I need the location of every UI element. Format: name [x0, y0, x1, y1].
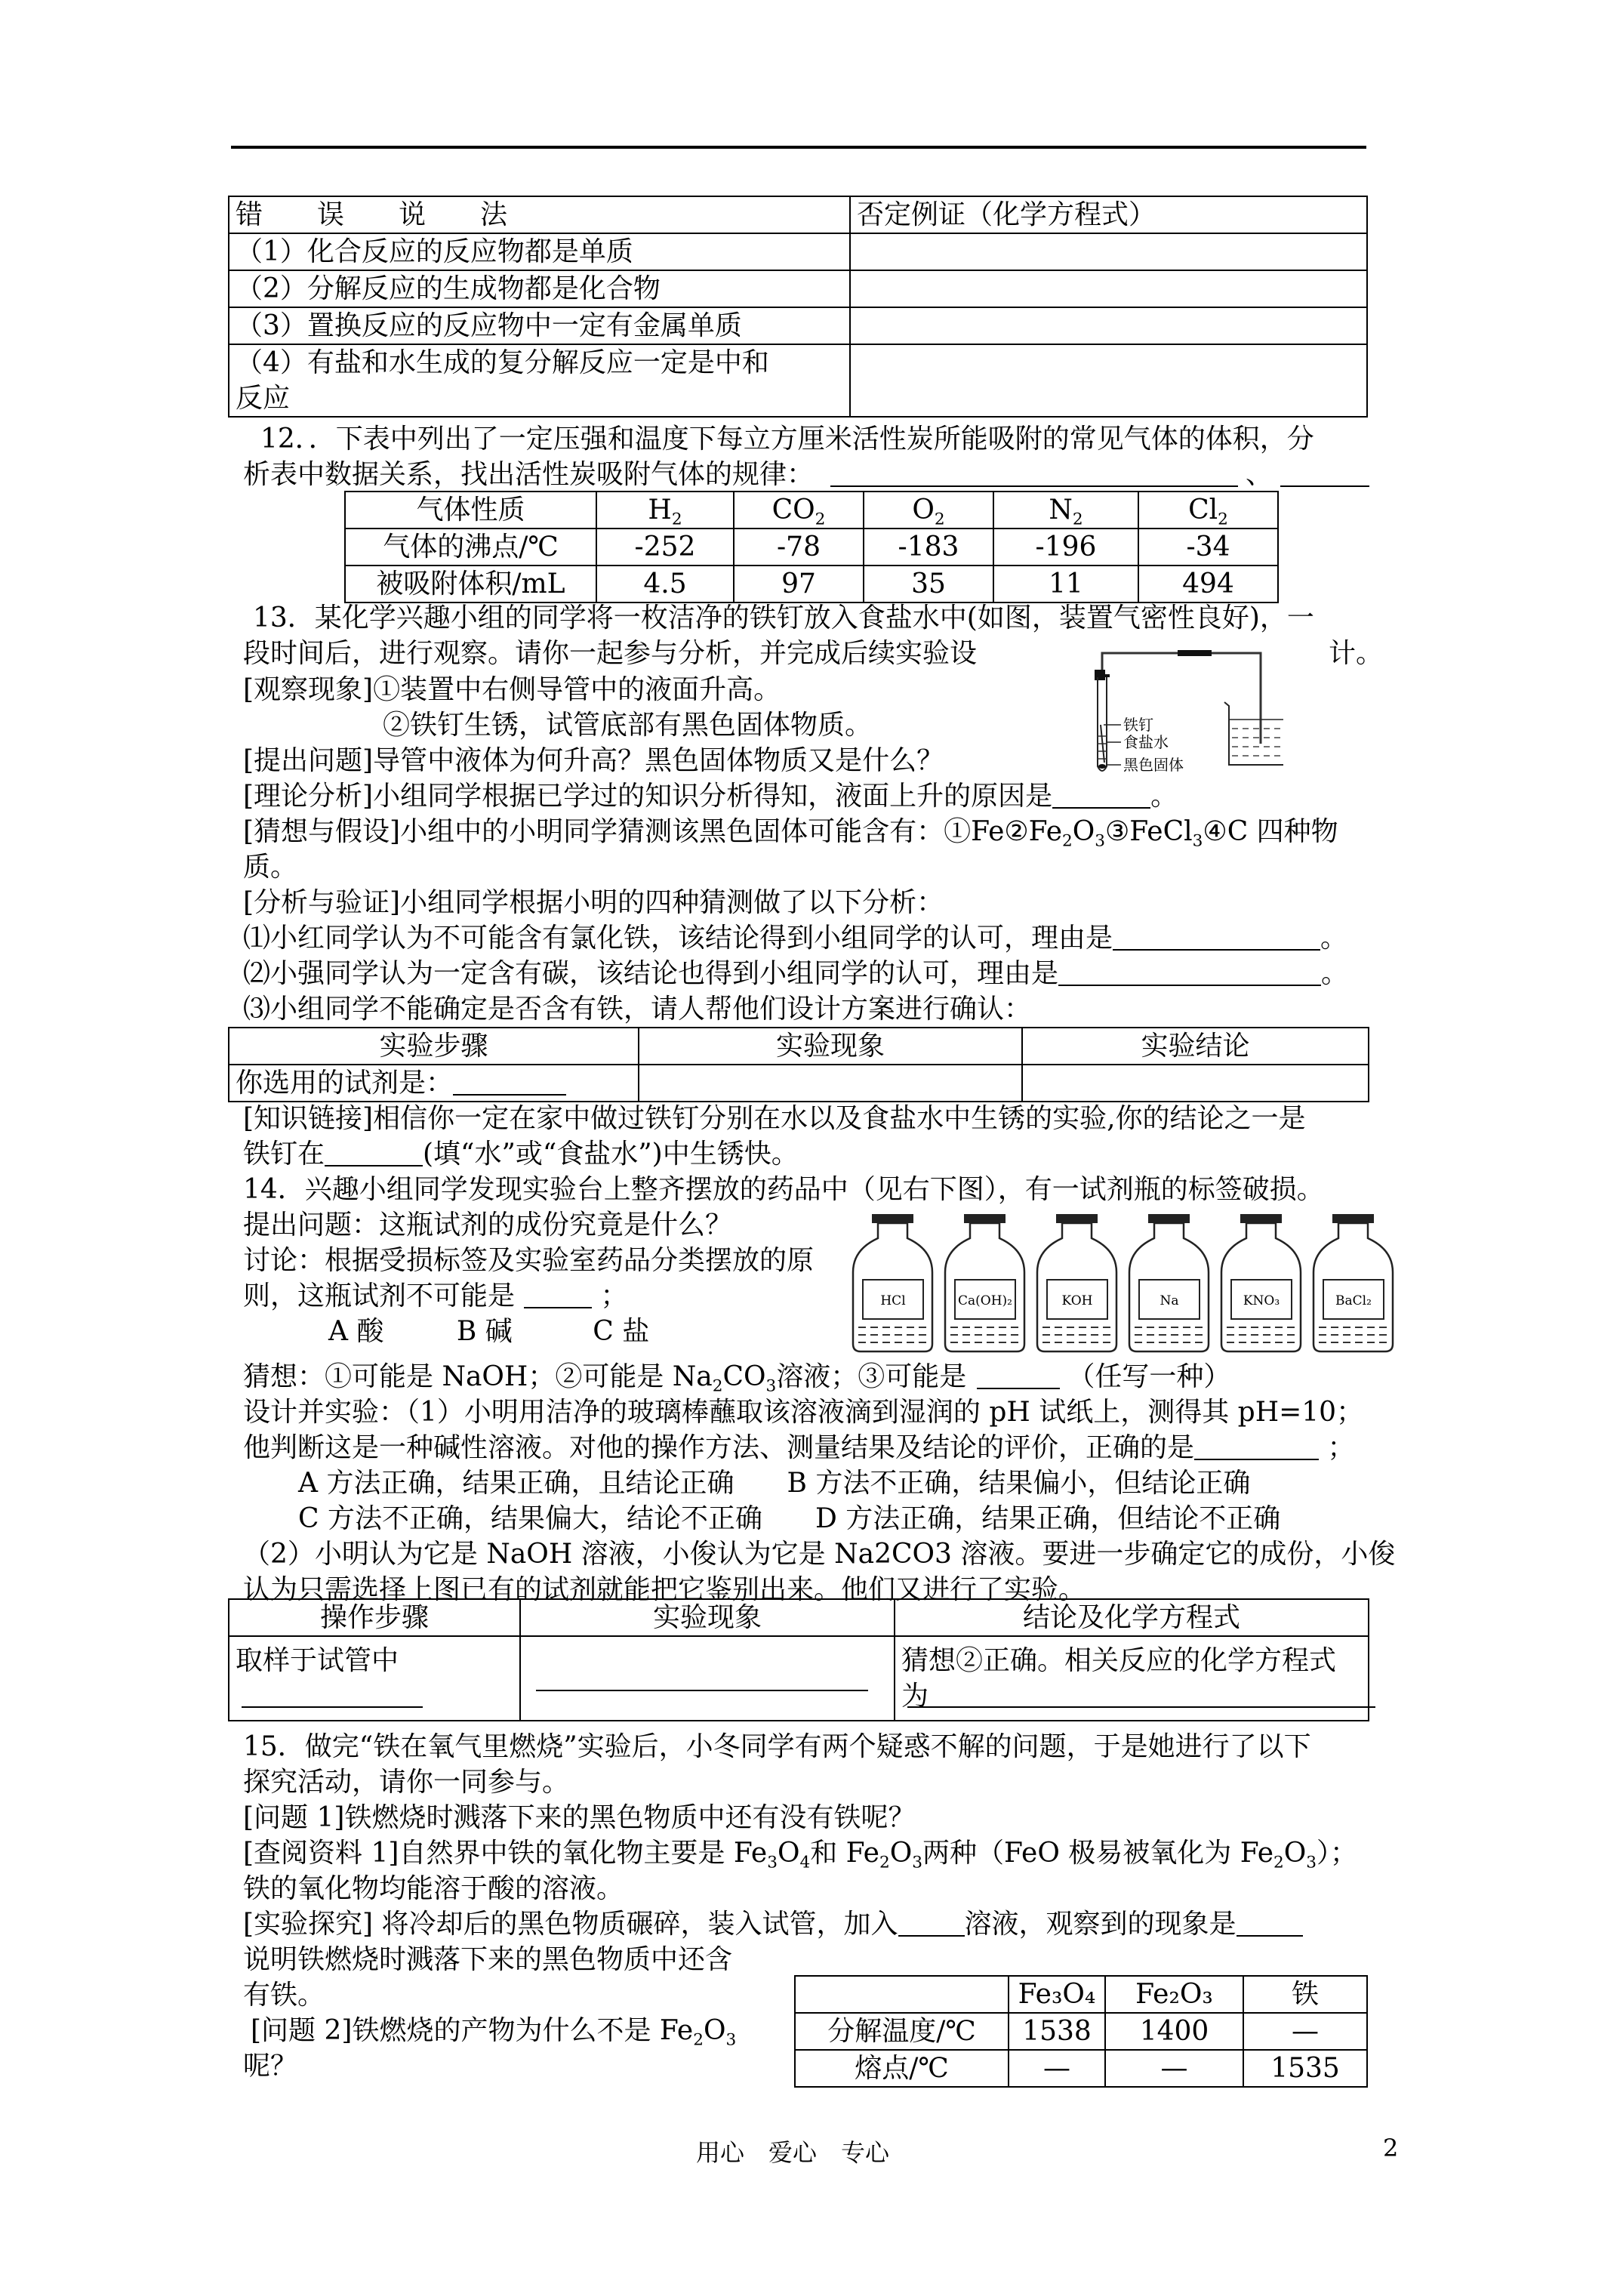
- option-b: B 碱: [457, 1316, 513, 1347]
- table-header: 气体性质: [345, 492, 596, 529]
- answer-blank[interactable]: [524, 1280, 592, 1308]
- answer-cell[interactable]: [1022, 1065, 1369, 1102]
- table-cell: 猜想②正确。相关反应的化学方程式为: [895, 1636, 1369, 1721]
- table-header: 实验步骤: [229, 1028, 639, 1065]
- answer-blank[interactable]: [1052, 780, 1150, 809]
- q14-choice-a[interactable]: A 方法正确，结果正确，且结论正确B 方法不正确，结果偏小，但结论正确: [298, 1465, 1250, 1501]
- row-label: 被吸附体积/mL: [345, 566, 596, 603]
- q13-line2b: 计。: [1329, 636, 1383, 671]
- reagent-bottle: HCl: [853, 1214, 932, 1351]
- svg-text:BaCl₂: BaCl₂: [1335, 1293, 1372, 1308]
- table-header: Fe₂O₃: [1105, 1976, 1243, 2013]
- q12-line1: 12．．下表中列出了一定压强和温度下每立方厘米活性炭所能吸附的常见气体的体积，分: [260, 421, 1314, 457]
- q15-line2: 探究活动，请你一同参与。: [243, 1764, 569, 1800]
- q13-analysis-3: ⑶小组同学不能确定是否含有铁，请人帮他们设计方案进行确认：: [243, 991, 1031, 1027]
- iron-verification-table: 实验步骤 实验现象 实验结论 你选用的试剂是：: [228, 1027, 1369, 1102]
- error-statements-table: 错 误 说 法 否定例证（化学方程式） （1）化合反应的反应物都是单质 （2）分…: [228, 196, 1368, 418]
- answer-blank[interactable]: [1058, 957, 1321, 986]
- answer-cell[interactable]: [850, 270, 1367, 307]
- table-header: 操作步骤: [229, 1599, 520, 1636]
- reagent-bottle: BaCl₂: [1313, 1214, 1393, 1351]
- answer-cell[interactable]: [639, 1065, 1022, 1102]
- reagent-bottle: KOH: [1037, 1214, 1116, 1351]
- q14-discuss2: 则，这瓶试剂不可能是 ；: [243, 1278, 627, 1314]
- q14-line1: 14．兴趣小组同学发现实验台上整齐摆放的药品中（见右下图），有一试剂瓶的标签破损…: [243, 1172, 1324, 1207]
- table-cell: （4）有盐和水生成的复分解反应一定是中和反应: [229, 344, 850, 417]
- table-header: 错 误 说 法: [229, 196, 850, 233]
- answer-blank[interactable]: [242, 1706, 423, 1708]
- page-number: 2: [1383, 2134, 1398, 2162]
- table-cell: （2）分解反应的生成物都是化合物: [229, 270, 850, 307]
- answer-blank[interactable]: [536, 1690, 868, 1691]
- answer-blank[interactable]: [1236, 1908, 1303, 1937]
- answer-cell[interactable]: [850, 233, 1367, 270]
- reagent-bottle: Na: [1129, 1214, 1209, 1351]
- q15-experiment: [实验探究] 将冷却后的黑色物质碾碎，装入试管，加入溶液，观察到的现象是: [243, 1906, 1303, 1942]
- reagent-bottle: Ca(OH)₂: [945, 1214, 1024, 1351]
- q15-experiment-3: 有铁。: [243, 1977, 325, 2013]
- answer-blank[interactable]: [977, 1361, 1060, 1389]
- q14-part2-line1: （2）小明认为它是 NaOH 溶液，小俊认为它是 Na2CO3 溶液。要进一步确…: [243, 1536, 1395, 1572]
- q13-line2a: 段时间后，进行观察。请你一起参与分析，并完成后续实验设: [243, 636, 977, 671]
- row-label: 气体的沸点/℃: [345, 529, 596, 566]
- option-c: C 盐: [593, 1316, 649, 1347]
- q12-line2: 析表中数据关系，找出活性炭吸附气体的规律：、: [243, 457, 1369, 492]
- table-cell: [520, 1636, 895, 1721]
- table-cell: 你选用的试剂是：: [229, 1065, 639, 1102]
- q13-question: [提出问题]导管中液体为何升高？黑色固体物质又是什么？: [243, 743, 944, 778]
- q13-knowledge-link: [知识链接]相信你一定在家中做过铁钉分别在水以及食盐水中生锈的实验,你的结论之一…: [243, 1101, 1306, 1136]
- q13-observation1: [观察现象]①装置中右侧导管中的液面升高。: [243, 672, 781, 707]
- answer-cell[interactable]: [850, 307, 1367, 344]
- table-header: 铁: [1243, 1976, 1367, 2013]
- q13-knowledge-link-2: 铁钉在(填“水”或“食盐水”)中生锈快。: [243, 1136, 799, 1172]
- reagent-bottles-diagram: HClCa(OH)₂KOHNaKNO₃BaCl₂: [842, 1208, 1400, 1355]
- table-cell: （1）化合反应的反应物都是单质: [229, 233, 850, 270]
- option-a: A 酸: [328, 1316, 383, 1347]
- q14-discuss1: 讨论：根据受损标签及实验室药品分类摆放的原: [243, 1243, 814, 1278]
- table-header: 实验现象: [520, 1599, 895, 1636]
- table-header: 否定例证（化学方程式）: [850, 196, 1367, 233]
- answer-blank[interactable]: [898, 1908, 965, 1937]
- row-label: 分解温度/℃: [795, 2013, 1009, 2050]
- q13-analysis: [分析与验证]小组同学根据小明的四种猜测做了以下分析：: [243, 885, 944, 920]
- table-cell: （3）置换反应的反应物中一定有金属单质: [229, 307, 850, 344]
- table-header: Fe₃O₄: [1009, 1976, 1105, 2013]
- q15-line1: 15．做完“铁在氧气里燃烧”实验后，小冬同学有两个疑惑不解的问题，于是她进行了以…: [243, 1729, 1311, 1764]
- q13-observation2: ②铁钉生锈，试管底部有黑色固体物质。: [383, 707, 872, 743]
- svg-text:Na: Na: [1160, 1293, 1178, 1308]
- q13-hypothesis-line2: 质。: [243, 849, 297, 885]
- q14-options: A 酸 B 碱 C 盐: [328, 1314, 649, 1349]
- q15-reference1: [查阅资料 1]自然界中铁的氧化物主要是 Fe3O4和 Fe2O3两种（FeO …: [243, 1835, 1357, 1871]
- q15-problem1: [问题 1]铁燃烧时溅落下来的黑色物质中还有没有铁呢？: [243, 1800, 915, 1835]
- svg-text:食盐水: 食盐水: [1123, 733, 1169, 751]
- svg-text:Ca(OH)₂: Ca(OH)₂: [958, 1293, 1012, 1308]
- answer-blank[interactable]: [830, 458, 1238, 487]
- q13-analysis-1: ⑴小红同学认为不可能含有氯化铁，该结论得到小组同学的认可，理由是。: [243, 920, 1347, 956]
- table-header: 实验现象: [639, 1028, 1022, 1065]
- footer-motto: 用心 爱心 专心: [696, 2134, 889, 2168]
- svg-text:铁钉: 铁钉: [1123, 716, 1153, 734]
- svg-text:黑色固体: 黑色固体: [1123, 756, 1184, 774]
- header-rule: [231, 146, 1366, 149]
- svg-text:KNO₃: KNO₃: [1243, 1293, 1280, 1308]
- reagent-bottle: KNO₃: [1221, 1214, 1301, 1351]
- answer-blank[interactable]: [325, 1138, 423, 1166]
- q14-design2: 他判断这是一种碱性溶液。对他的操作方法、测量结果及结论的评价，正确的是 ；: [243, 1430, 1354, 1465]
- q14-design1: 设计并实验：（1）小明用洁净的玻璃棒蘸取该溶液滴到湿润的 pH 试纸上，测得其 …: [243, 1395, 1363, 1430]
- q15-experiment-2: 说明铁燃烧时溅落下来的黑色物质中还含: [243, 1942, 732, 1977]
- q14-ask: 提出问题：这瓶试剂的成份究竟是什么？: [243, 1207, 732, 1243]
- iron-nail-apparatus-diagram: 铁钉 食盐水 黑色固体: [1079, 646, 1283, 778]
- gas-adsorption-table: 气体性质 H2 CO2 O2 N2 Cl2 气体的沸点/℃ -252 -78 -…: [344, 491, 1279, 603]
- table-header: 实验结论: [1022, 1028, 1369, 1065]
- iron-oxide-properties-table: Fe₃O₄ Fe₂O₃ 铁 分解温度/℃ 1538 1400 — 熔点/℃ — …: [794, 1975, 1368, 2088]
- answer-blank[interactable]: [1280, 458, 1369, 487]
- reagent-blank[interactable]: [453, 1067, 566, 1096]
- q13-analysis-2: ⑵小强同学认为一定含有碳，该结论也得到小组同学的认可，理由是。: [243, 956, 1348, 991]
- identification-table: 操作步骤 实验现象 结论及化学方程式 取样于试管中 猜想②正确。相关反应的化学方…: [228, 1598, 1369, 1721]
- answer-blank[interactable]: [907, 1706, 1375, 1708]
- q13-hypothesis: [猜想与假设]小组中的小明同学猜测该黑色固体可能含有：①Fe②Fe2O3③FeC…: [243, 814, 1338, 849]
- q14-choice-c[interactable]: C 方法不正确，结果偏大，结论不正确D 方法正确，结果正确，但结论不正确: [298, 1501, 1280, 1536]
- answer-blank[interactable]: [1113, 922, 1320, 951]
- q15-problem2-end: 呢？: [243, 2048, 297, 2084]
- table-header: 结论及化学方程式: [895, 1599, 1369, 1636]
- answer-blank[interactable]: [1194, 1432, 1319, 1460]
- q15-problem2: [问题 2]铁燃烧的产物为什么不是 Fe2O3: [251, 2013, 736, 2048]
- q13-theory: [理论分析]小组同学根据已学过的知识分析得知，液面上升的原因是。: [243, 778, 1178, 814]
- row-label: 熔点/℃: [795, 2050, 1009, 2087]
- answer-cell[interactable]: [850, 344, 1367, 417]
- svg-text:HCl: HCl: [880, 1293, 905, 1308]
- svg-text:KOH: KOH: [1061, 1293, 1092, 1308]
- q13-line1: 13．某化学兴趣小组的同学将一枚洁净的铁钉放入食盐水中(如图，装置气密性良好)，…: [253, 600, 1314, 636]
- q15-reference2: 铁的氧化物均能溶于酸的溶液。: [243, 1871, 624, 1906]
- table-cell: 取样于试管中: [229, 1636, 520, 1721]
- q14-guess: 猜想：①可能是 NaOH；②可能是 Na2CO3溶液；③可能是（任写一种）: [243, 1359, 1230, 1395]
